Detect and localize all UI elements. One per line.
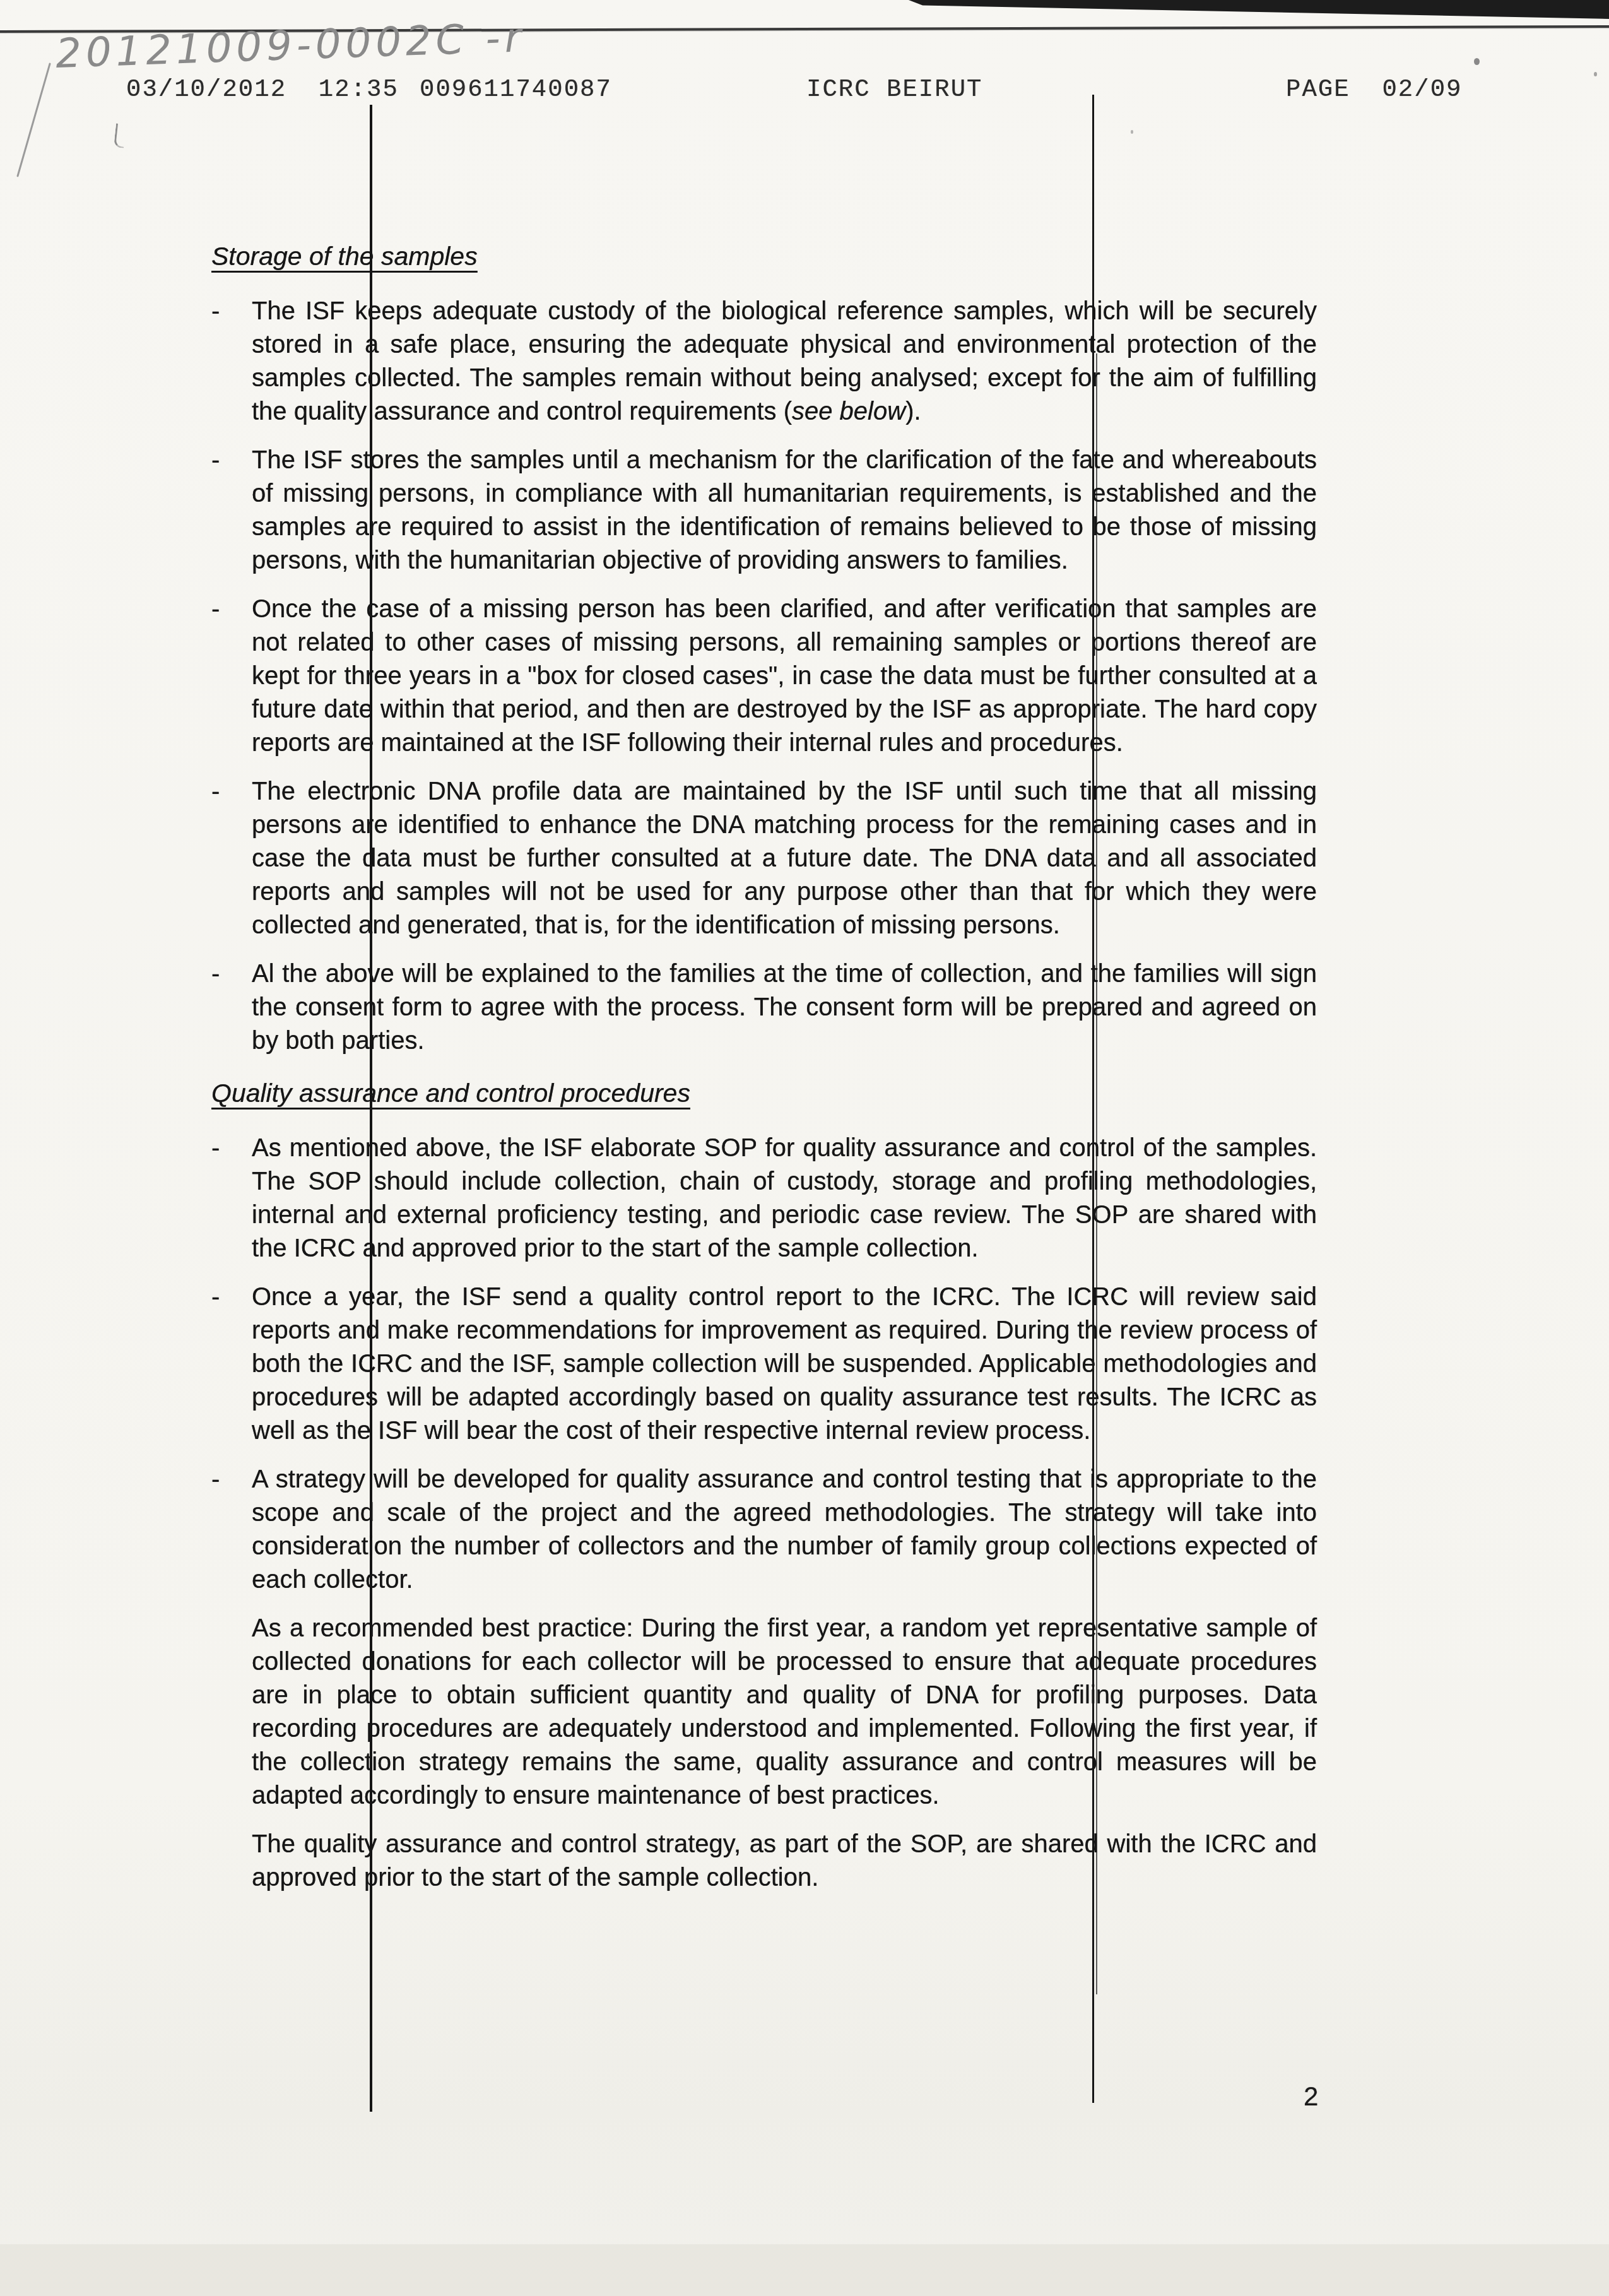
handwritten-reference: 20121009-0002C -r [55,15,526,78]
bullet-dash: - [211,1132,252,1265]
paragraph-qa-strategy: The quality assurance and control strate… [252,1828,1317,1895]
bullet-item: - As mentioned above, the ISF elaborate … [211,1132,1317,1265]
pen-slash-mark [16,62,51,177]
paragraph-best-practice: As a recommended best practice: During t… [252,1612,1317,1813]
bullet-dash: - [211,1463,252,1597]
bullet-text-italic-segment: see below [792,398,905,425]
scan-artifact-top-right-wedge [909,0,1609,19]
bullet-text: The ISF keeps adequate custody of the bi… [252,295,1317,429]
section-heading-storage-of-samples: Storage of the samples [211,240,1317,273]
bullet-text: The electronic DNA profile data are main… [252,775,1317,942]
bullet-text: As mentioned above, the ISF elaborate SO… [252,1132,1317,1265]
bullet-text: Al the above will be explained to the fa… [252,957,1317,1058]
page-number: 2 [1304,2081,1318,2112]
bullet-text: Once the case of a missing person has be… [252,593,1317,760]
bullet-item: - The ISF keeps adequate custody of the … [211,295,1317,429]
scan-artifact-bottom-band [0,2244,1609,2296]
bullet-dash: - [211,1281,252,1448]
section-heading-quality-assurance: Quality assurance and control procedures [211,1077,1317,1110]
pen-tick-mark [114,123,126,148]
bullet-dash: - [211,957,252,1058]
bullet-dash: - [211,444,252,577]
bullet-item: - The electronic DNA profile data are ma… [211,775,1317,942]
document-body: Storage of the samples - The ISF keeps a… [211,240,1317,1910]
bullet-dash: - [211,593,252,760]
scan-speck [1131,130,1133,134]
fax-sender: ICRC BEIRUT [806,76,982,104]
bullet-item: - Al the above will be explained to the … [211,957,1317,1058]
bullet-text-segment: ). [905,398,921,425]
scanned-fax-page: 20121009-0002C -r 03/10/2012 12:35 00961… [0,0,1609,2296]
bullet-item: - The ISF stores the samples until a mec… [211,444,1317,577]
bullet-text: A strategy will be developed for quality… [252,1463,1317,1597]
scan-speck [1594,72,1597,76]
bullet-dash: - [211,295,252,429]
fax-datetime: 03/10/2012 12:35 [126,76,399,104]
bullet-dash: - [211,775,252,942]
bullet-text: Once a year, the ISF send a quality cont… [252,1281,1317,1448]
bullet-item: - Once the case of a missing person has … [211,593,1317,760]
fax-page-indicator: PAGE 02/09 [1286,76,1462,104]
scan-speck [1474,58,1480,65]
fax-number: 009611740087 [420,76,612,104]
bullet-item: - Once a year, the ISF send a quality co… [211,1281,1317,1448]
bullet-text-segment: The ISF keeps adequate custody of the bi… [252,297,1317,425]
bullet-item: - A strategy will be developed for quali… [211,1463,1317,1597]
bullet-text: The ISF stores the samples until a mecha… [252,444,1317,577]
